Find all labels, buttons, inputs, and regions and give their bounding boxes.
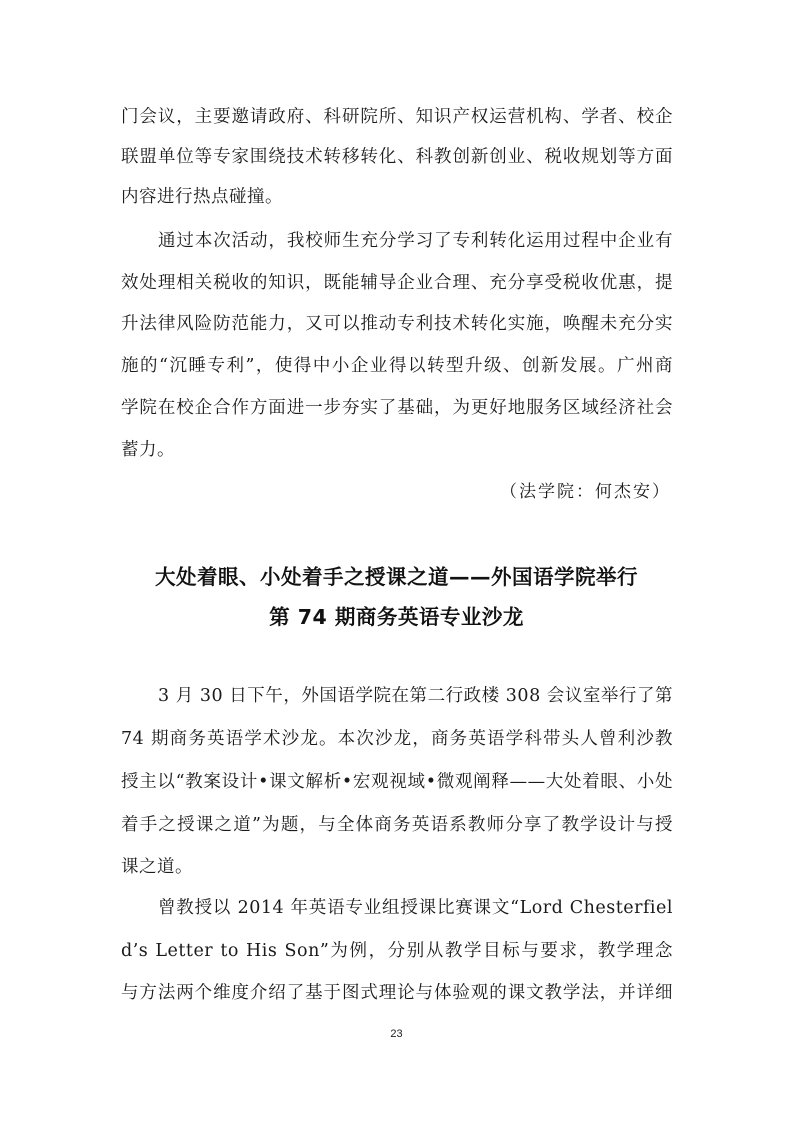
text-line: 通过本次活动，我校师生充分学习了专利转化运用过程中企业有 [158,229,673,253]
text-line: 效处理相关税收的知识，既能辅导企业合理、充分享受税收优惠，提 [121,271,673,295]
author-byline: （法学院：何杰安） [500,480,670,504]
text-line: 3 月 30 日下午，外国语学院在第二行政楼 308 会议室举行了第 [158,684,673,708]
text-line: 学院在校企合作方面进一步夯实了基础，为更好地服务区域经济社会 [121,396,673,420]
text-line: 74 期商务英语学术沙龙。本次沙龙，商务英语学科带头人曾利沙教 [121,727,673,751]
text-line: 升法律风险防范能力，又可以推动专利技术转化实施，唤醒未充分实 [121,312,673,336]
article-title-line-2: 第 74 期商务英语专业沙龙 [0,603,793,631]
text-line: 与方法两个维度介绍了基于图式理论与体验观的课文教学法，并详细 [121,981,673,1005]
text-line: 施的“沉睡专利”，使得中小企业得以转型升级、创新发展。广州商 [121,354,673,378]
text-line: 着手之授课之道”为题，与全体商务英语系教师分享了教学设计与授 [121,813,673,837]
article-title-line-1: 大处着眼、小处着手之授课之道——外国语学院举行 [0,563,793,591]
text-line: d’s Letter to His Son”为例，分别从教学目标与要求，教学理念 [121,939,673,963]
text-line: 门会议，主要邀请政府、科研院所、知识产权运营机构、学者、校企 [121,105,673,129]
text-line: 曾教授以 2014 年英语专业组授课比赛课文“Lord Chesterfiel [158,896,673,920]
text-line: 联盟单位等专家围绕技术转移转化、科教创新创业、税收规划等方面 [121,145,673,169]
text-line: 内容进行热点碰撞。 [121,185,673,209]
text-line: 授主以“教案设计•课文解析•宏观视域•微观阐释——大处着眼、小处 [121,770,673,794]
text-line: 课之道。 [121,855,673,879]
text-line: 蓄力。 [121,438,673,462]
page-number: 23 [0,1028,793,1040]
